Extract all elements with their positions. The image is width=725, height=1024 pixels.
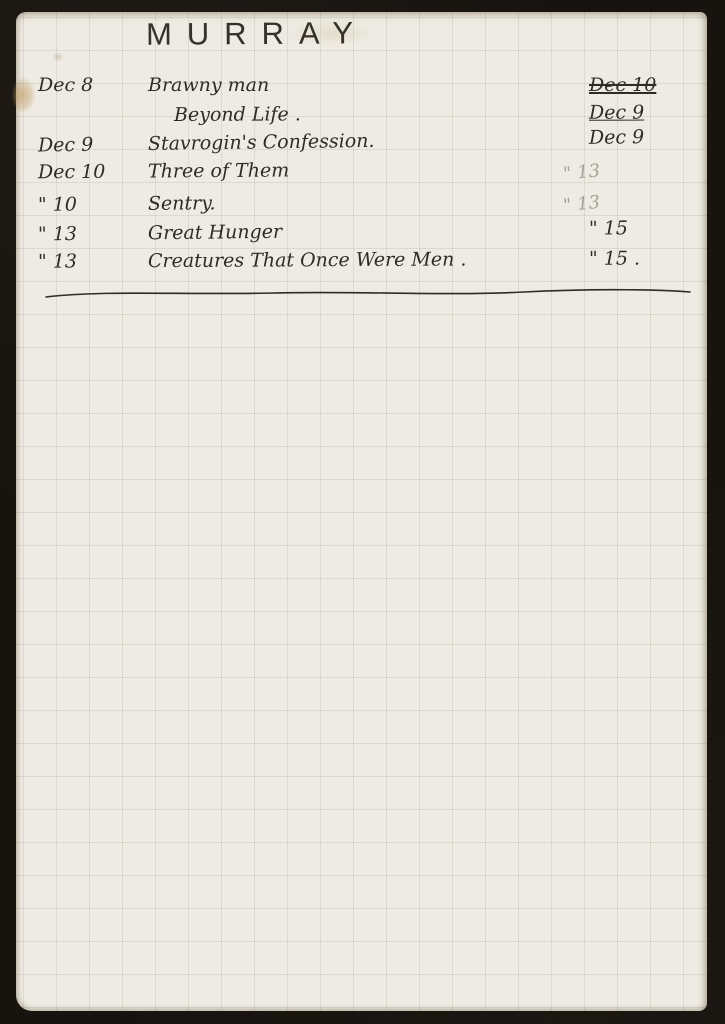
borrow-date: Dec 9 — [16, 133, 130, 157]
return-date: Dec 10 — [589, 74, 707, 96]
ledger-row: Dec 8 Brawny man Dec 10 — [16, 74, 707, 103]
book-title: Great Hunger — [130, 218, 589, 245]
stain — [52, 52, 64, 62]
book-title: Brawny man — [130, 74, 589, 96]
borrow-date: " 10 — [16, 193, 130, 216]
book-title: Three of Them — [130, 157, 589, 182]
divider-line — [44, 288, 692, 300]
borrow-date — [16, 121, 130, 122]
book-title: Sentry. — [130, 189, 589, 215]
book-title: Beyond Life . — [130, 102, 589, 126]
borrow-date: Dec 8 — [16, 74, 130, 96]
borrow-date: Dec 10 — [16, 161, 130, 184]
card-title: MURRAY — [146, 15, 368, 53]
ledger-row: Dec 10 Three of Them " 13 — [16, 157, 707, 191]
index-card: MURRAY Dec 8 Brawny man Dec 10 Beyond Li… — [16, 12, 707, 1011]
borrow-date: " 13 — [16, 250, 130, 273]
ledger: Dec 8 Brawny man Dec 10 Beyond Life . De… — [16, 74, 707, 278]
ledger-row: " 13 Creatures That Once Were Men . " 15… — [16, 247, 707, 280]
borrow-date: " 13 — [16, 222, 130, 245]
return-date: " 15 — [589, 216, 707, 239]
book-title: Creatures That Once Were Men . — [130, 248, 589, 272]
return-date: Dec 9 — [589, 125, 707, 149]
return-date: Dec 9 — [589, 101, 707, 124]
return-date: " 15 . — [589, 247, 707, 270]
